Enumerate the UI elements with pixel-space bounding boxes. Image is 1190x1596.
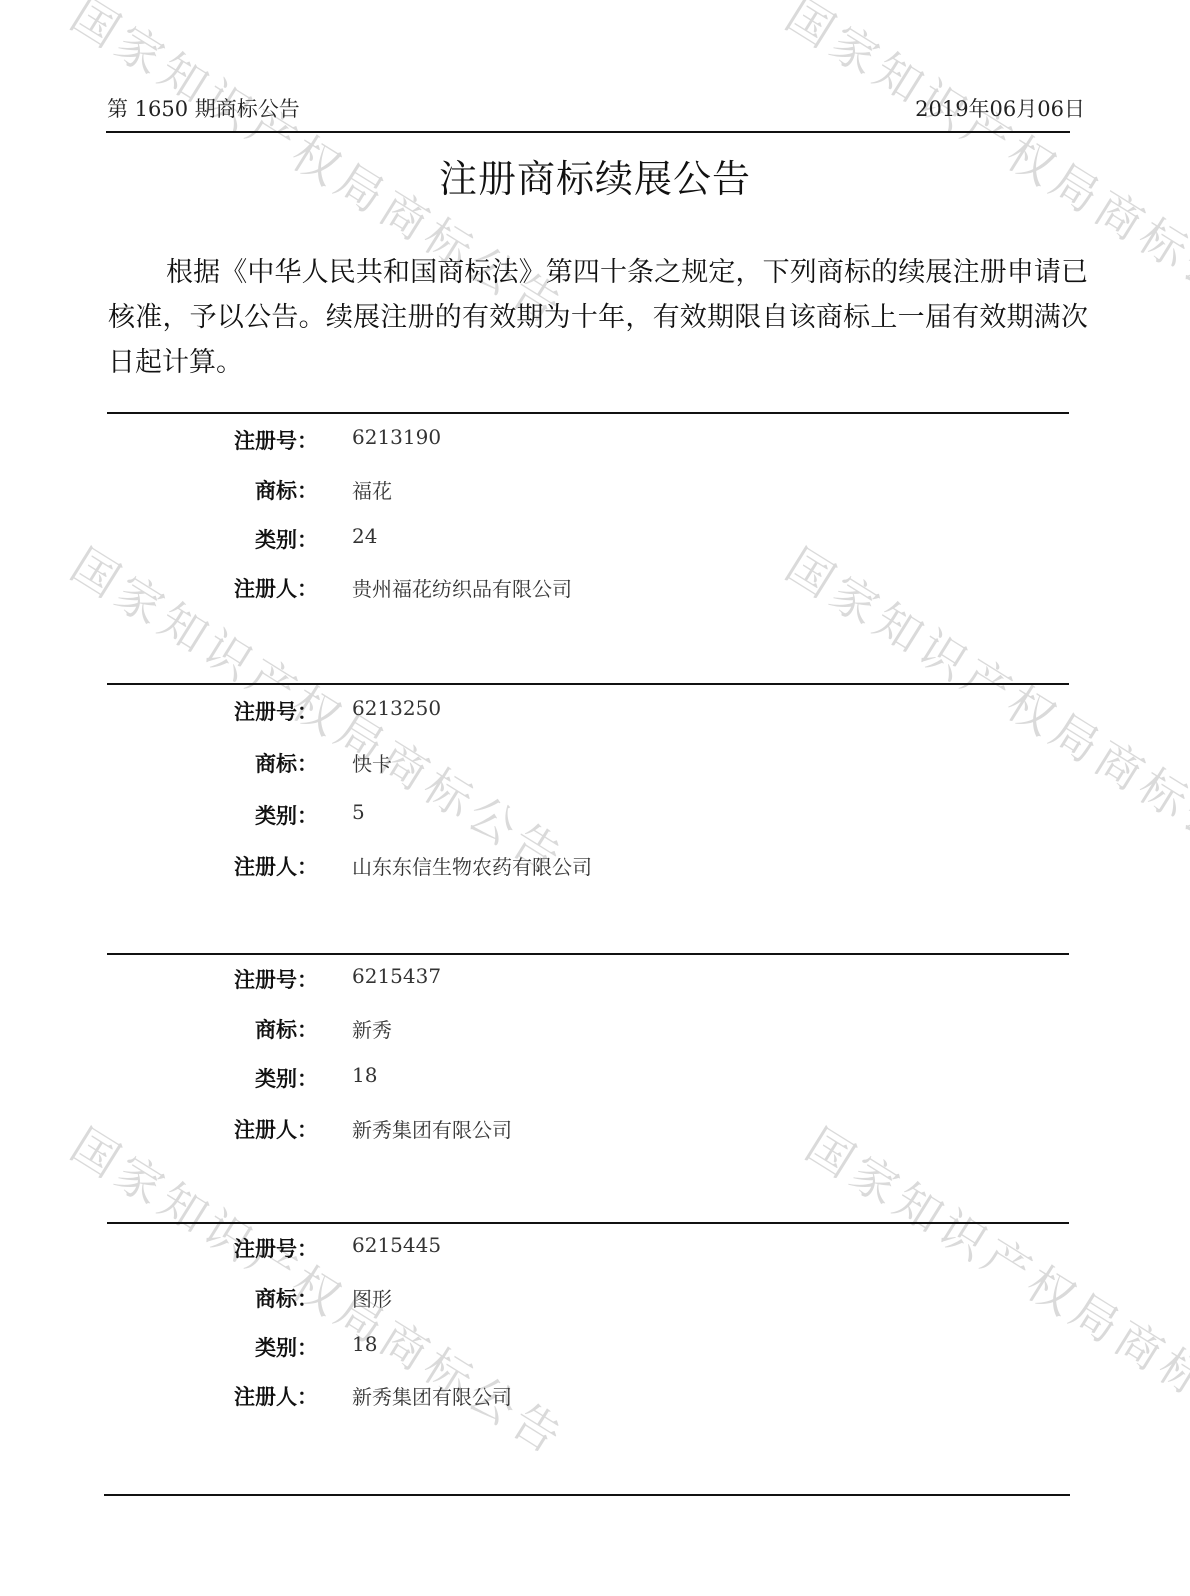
reg-no-label: 注册号： <box>234 696 318 726</box>
reg-no-field: 注册号： 6213250 <box>0 696 1190 726</box>
registrant-field: 注册人： 新秀集团有限公司 <box>0 1114 1190 1144</box>
mark-field: 商标： 图形 <box>0 1283 1190 1313</box>
footer-rule <box>104 1494 1070 1496</box>
class-field: 类别： 18 <box>0 1332 1190 1362</box>
registrant-value: 新秀集团有限公司 <box>352 1381 512 1410</box>
reg-no-value: 6215445 <box>352 1233 441 1257</box>
mark-value: 福花 <box>352 475 392 504</box>
registrant-value: 贵州福花纺织品有限公司 <box>352 573 572 602</box>
registrant-label: 注册人： <box>234 1114 318 1144</box>
reg-no-value: 6213250 <box>352 696 441 720</box>
registrant-field: 注册人： 新秀集团有限公司 <box>0 1381 1190 1411</box>
mark-value: 新秀 <box>352 1014 392 1043</box>
reg-no-field: 注册号： 6215437 <box>0 964 1190 994</box>
header-rule <box>106 131 1070 133</box>
record-divider <box>107 953 1069 955</box>
record-divider <box>107 412 1069 414</box>
registrant-label: 注册人： <box>234 1381 318 1411</box>
class-value: 24 <box>352 524 377 548</box>
page-title: 注册商标续展公告 <box>0 148 1190 203</box>
class-label: 类别： <box>255 800 318 830</box>
reg-no-field: 注册号： 6215445 <box>0 1233 1190 1263</box>
mark-label: 商标： <box>255 748 318 778</box>
class-label: 类别： <box>255 524 318 554</box>
class-label: 类别： <box>255 1063 318 1093</box>
reg-no-field: 注册号： 6213190 <box>0 425 1190 455</box>
announcement-page: 国家知识产权局商标公告 国家知识产权局商标公告 国家知识产权局商标公告 国家知识… <box>0 0 1190 1596</box>
registrant-value: 新秀集团有限公司 <box>352 1114 512 1143</box>
registrant-label: 注册人： <box>234 851 318 881</box>
reg-no-label: 注册号： <box>234 1233 318 1263</box>
registrant-value: 山东东信生物农药有限公司 <box>352 851 592 880</box>
registrant-field: 注册人： 贵州福花纺织品有限公司 <box>0 573 1190 603</box>
reg-no-value: 6215437 <box>352 964 441 988</box>
mark-label: 商标： <box>255 1283 318 1313</box>
mark-field: 商标： 福花 <box>0 475 1190 505</box>
mark-label: 商标： <box>255 1014 318 1044</box>
class-value: 5 <box>352 800 365 824</box>
mark-label: 商标： <box>255 475 318 505</box>
intro-paragraph: 根据《中华人民共和国商标法》第四十条之规定，下列商标的续展注册申请已核准，予以公… <box>108 250 1088 385</box>
registrant-label: 注册人： <box>234 573 318 603</box>
class-field: 类别： 24 <box>0 524 1190 554</box>
class-value: 18 <box>352 1063 377 1087</box>
publication-date: 2019年06月06日 <box>915 93 1085 123</box>
registrant-field: 注册人： 山东东信生物农药有限公司 <box>0 851 1190 881</box>
mark-value: 快卡 <box>352 748 392 777</box>
class-label: 类别： <box>255 1332 318 1362</box>
mark-field: 商标： 新秀 <box>0 1014 1190 1044</box>
class-field: 类别： 18 <box>0 1063 1190 1093</box>
mark-value: 图形 <box>352 1283 392 1312</box>
class-value: 18 <box>352 1332 377 1356</box>
record-divider <box>107 1222 1069 1224</box>
record-divider <box>107 683 1069 685</box>
issue-number: 第 1650 期商标公告 <box>107 93 300 123</box>
reg-no-label: 注册号： <box>234 964 318 994</box>
reg-no-label: 注册号： <box>234 425 318 455</box>
mark-field: 商标： 快卡 <box>0 748 1190 778</box>
class-field: 类别： 5 <box>0 800 1190 830</box>
reg-no-value: 6213190 <box>352 425 441 449</box>
